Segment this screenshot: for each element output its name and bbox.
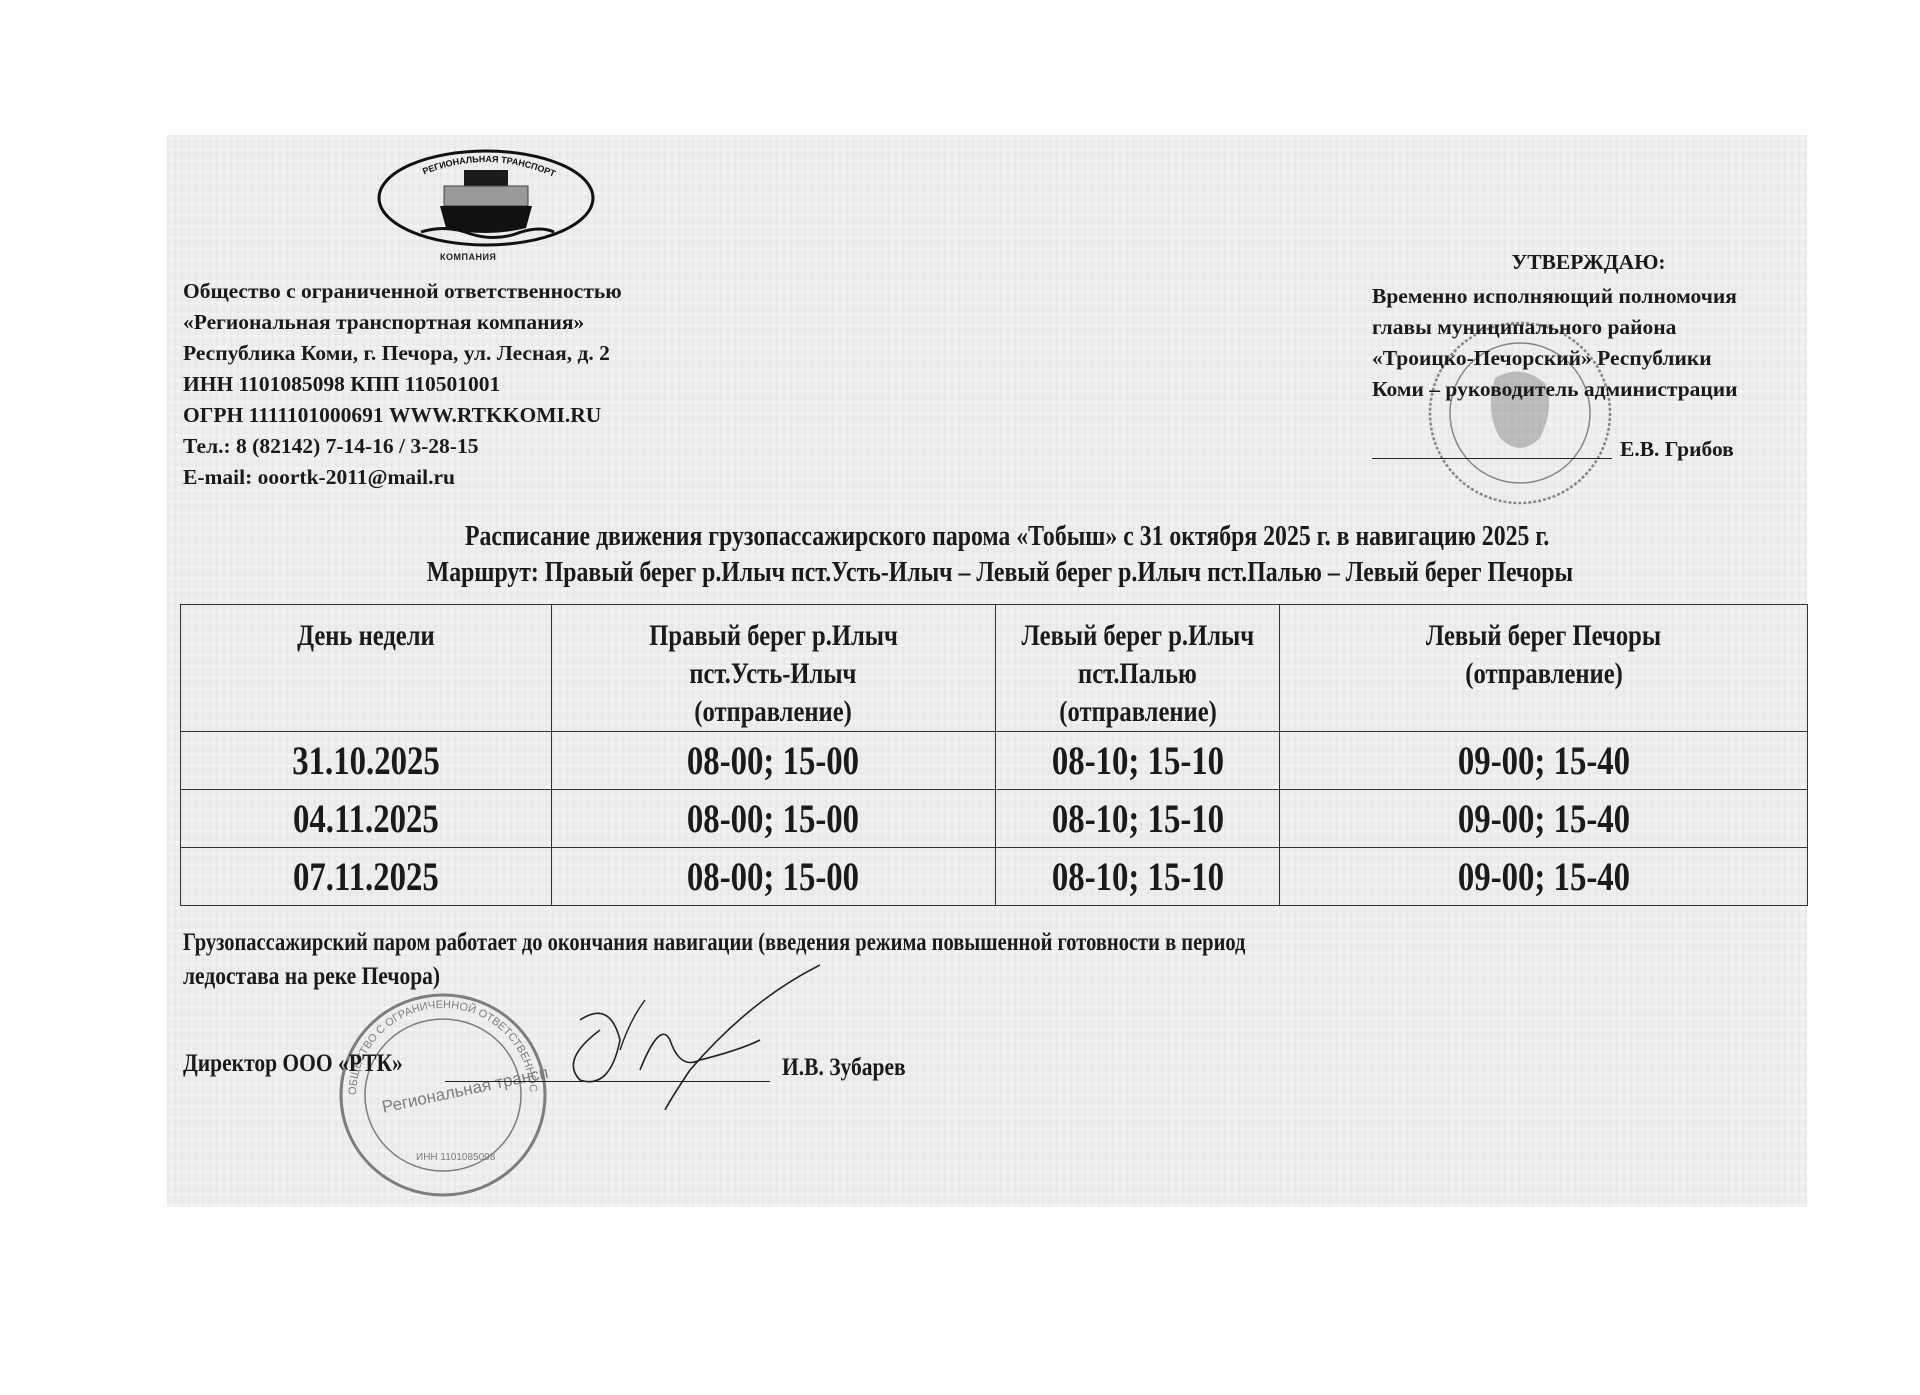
schedule-table: День недели Правый берег р.Илыч пст.Усть… xyxy=(180,604,1808,906)
cell-text: 07.11.2025 xyxy=(293,849,439,905)
cell-text: 08-10; 15-10 xyxy=(1051,849,1223,905)
note-line: ледостава на реке Печора) xyxy=(183,960,440,994)
approval-line: «Троицко-Печорский» Республики xyxy=(1372,343,1738,374)
director-name: И.В. Зубарев xyxy=(782,1054,926,1082)
cell-time: 09-00; 15-40 xyxy=(1280,790,1808,848)
schedule-title: Расписание движения грузопассажирского п… xyxy=(167,520,1807,553)
company-line: Тел.: 8 (82142) 7-14-16 / 3-28-15 xyxy=(183,431,622,462)
cell-text: 08-10; 15-10 xyxy=(1051,791,1223,847)
header-text: Правый берег р.Илыч xyxy=(649,617,898,655)
cell-date: 04.11.2025 xyxy=(181,790,552,848)
cell-text: 09-00; 15-40 xyxy=(1458,733,1630,789)
company-line: «Региональная транспортная компания» xyxy=(183,307,622,338)
cell-date: 31.10.2025 xyxy=(181,732,552,790)
header-text: пст.Палью xyxy=(1078,655,1197,693)
table-row: 07.11.2025 08-00; 15-00 08-10; 15-10 09-… xyxy=(181,848,1808,906)
company-requisites: Общество с ограниченной ответственностью… xyxy=(183,276,622,493)
note-line: Грузопассажирский паром работает до окон… xyxy=(183,926,1245,960)
cell-text: 08-00; 15-00 xyxy=(687,849,859,905)
header-text: (отправление) xyxy=(694,693,852,731)
cell-time: 08-00; 15-00 xyxy=(551,848,995,906)
header-text: День недели xyxy=(297,617,435,655)
header-text: (отправление) xyxy=(1465,655,1623,693)
route-title-text: Маршрут: Правый берег р.Илыч пст.Усть-Ил… xyxy=(426,556,1572,589)
company-line: ИНН 1101085098 КПП 110501001 xyxy=(183,369,622,400)
cell-text: 08-00; 15-00 xyxy=(687,733,859,789)
cell-text: 08-00; 15-00 xyxy=(687,791,859,847)
route-title: Маршрут: Правый берег р.Илыч пст.Усть-Ил… xyxy=(167,556,1807,589)
company-line: Общество с ограниченной ответственностью xyxy=(183,276,622,307)
header-text: (отправление) xyxy=(1059,693,1217,731)
approval-title: УТВЕРЖДАЮ: xyxy=(1372,250,1805,275)
cell-text: 09-00; 15-40 xyxy=(1458,849,1630,905)
table-header-row: День недели Правый берег р.Илыч пст.Усть… xyxy=(181,605,1808,732)
company-line: Республика Коми, г. Печора, ул. Лесная, … xyxy=(183,338,622,369)
cell-time: 08-10; 15-10 xyxy=(995,790,1280,848)
logo-caption: КОМПАНИЯ xyxy=(440,252,496,262)
director-label: Директор ООО «РТК» xyxy=(183,1050,439,1078)
cell-time: 08-10; 15-10 xyxy=(995,848,1280,906)
handwritten-signature-icon xyxy=(520,960,820,1110)
header-text: пст.Усть-Илыч xyxy=(690,655,857,693)
approval-signatory: Е.В. Грибов xyxy=(1620,437,1734,462)
col-header-right-bank-ilych: Правый берег р.Илыч пст.Усть-Илыч (отпра… xyxy=(551,605,995,732)
company-line: E-mail: ooortk-2011@mail.ru xyxy=(183,462,622,493)
col-header-day: День недели xyxy=(181,605,552,732)
cell-text: 09-00; 15-40 xyxy=(1458,791,1630,847)
ship-logo-icon: РЕГИОНАЛЬНАЯ ТРАНСПОРТНАЯ xyxy=(376,148,596,248)
approval-line: Временно исполняющий полномочия xyxy=(1372,281,1738,312)
operation-note: Грузопассажирский паром работает до окон… xyxy=(183,926,1805,994)
table-row: 31.10.2025 08-00; 15-00 08-10; 15-10 09-… xyxy=(181,732,1808,790)
schedule-title-text: Расписание движения грузопассажирского п… xyxy=(465,520,1549,553)
director-label-text: Директор ООО «РТК» xyxy=(183,1050,403,1078)
cell-time: 09-00; 15-40 xyxy=(1280,848,1808,906)
approval-signature-line xyxy=(1372,458,1612,459)
cell-time: 08-00; 15-00 xyxy=(551,790,995,848)
approval-line: Коми – руководитель администрации xyxy=(1372,374,1738,405)
approval-line: главы муниципального района xyxy=(1372,312,1738,343)
cell-text: 08-10; 15-10 xyxy=(1051,733,1223,789)
cell-date: 07.11.2025 xyxy=(181,848,552,906)
company-line: ОГРН 1111101000691 WWW.RTKKOMI.RU xyxy=(183,400,622,431)
cell-time: 08-00; 15-00 xyxy=(551,732,995,790)
col-header-left-bank-ilych: Левый берег р.Илыч пст.Палью (отправлени… xyxy=(995,605,1280,732)
cell-text: 04.11.2025 xyxy=(293,791,439,847)
cell-time: 09-00; 15-40 xyxy=(1280,732,1808,790)
header-text: Левый берег р.Илыч xyxy=(1021,617,1254,655)
director-name-text: И.В. Зубарев xyxy=(782,1054,906,1082)
header-text: Левый берег Печоры xyxy=(1426,617,1661,655)
cell-text: 31.10.2025 xyxy=(292,733,440,789)
table-row: 04.11.2025 08-00; 15-00 08-10; 15-10 09-… xyxy=(181,790,1808,848)
approval-block: Временно исполняющий полномочия главы му… xyxy=(1372,281,1738,405)
col-header-left-bank-pechora: Левый берег Печоры (отправление) xyxy=(1280,605,1808,732)
cell-time: 08-10; 15-10 xyxy=(995,732,1280,790)
